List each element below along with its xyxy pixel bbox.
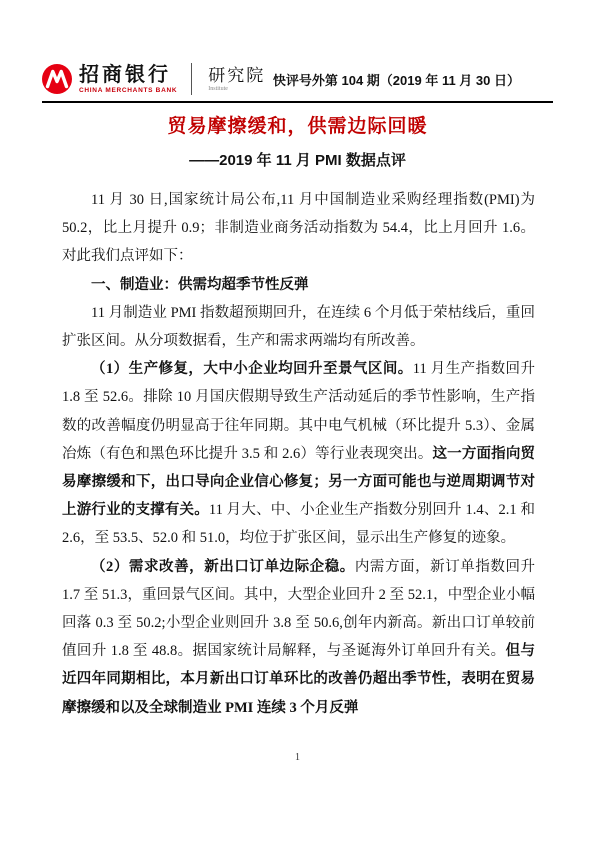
header-rule: [42, 101, 553, 103]
report-body: 11 月 30 日,国家统计局公布,11 月中国制造业采购经理指数(PMI)为 …: [62, 186, 535, 722]
issue-info: 快评号外第 104 期（2019 年 11 月 30 日）: [273, 70, 520, 89]
bank-name-cn: 招商银行: [79, 64, 171, 86]
paragraph-section1-overview-text: 11 月制造业 PMI 指数超预期回升，在连续 6 个月低于荣枯线后，重回扩张区…: [62, 305, 535, 349]
title-block: 贸易摩擦缓和，供需边际回暖 ——2019 年 11 月 PMI 数据点评: [0, 111, 595, 170]
bank-name-block: 招商银行 CHINA MERCHANTS BANK: [79, 64, 177, 94]
cmb-logo-icon: [42, 64, 72, 94]
division-name-cn: 研究院: [208, 66, 265, 86]
paragraph-demand: （2）需求改善，新出口订单边际企稳。内需方面，新订单指数回升 1.7 至 51.…: [62, 553, 535, 722]
paragraph-production-lead-bold: （1）生产修复，大中小企业均回升至景气区间。: [91, 361, 413, 377]
division-block: 研究院 Institute: [208, 66, 265, 92]
paragraph-intro-text: 11 月 30 日,国家统计局公布,11 月中国制造业采购经理指数(PMI)为 …: [62, 192, 535, 264]
paragraph-section1-overview: 11 月制造业 PMI 指数超预期回升，在连续 6 个月低于荣枯线后，重回扩张区…: [62, 299, 535, 355]
section1-heading: 一、制造业：供需均超季节性反弹: [62, 271, 535, 299]
paragraph-intro: 11 月 30 日,国家统计局公布,11 月中国制造业采购经理指数(PMI)为 …: [62, 186, 535, 271]
report-title: 贸易摩擦缓和，供需边际回暖: [0, 111, 595, 138]
cmb-brand: 招商银行 CHINA MERCHANTS BANK 研究院 Institute: [42, 63, 265, 95]
division-name-en: Institute: [208, 86, 265, 92]
report-page: 招商银行 CHINA MERCHANTS BANK 研究院 Institute …: [0, 0, 595, 842]
report-subtitle: ——2019 年 11 月 PMI 数据点评: [0, 149, 595, 170]
paragraph-production: （1）生产修复，大中小企业均回升至景气区间。11 月生产指数回升 1.8 至 5…: [62, 355, 535, 552]
brand-divider: [191, 63, 192, 95]
bank-name-en: CHINA MERCHANTS BANK: [79, 87, 177, 94]
paragraph-demand-lead-bold: （2）需求改善，新出口订单边际企稳。: [91, 559, 355, 575]
report-header: 招商银行 CHINA MERCHANTS BANK 研究院 Institute …: [42, 56, 553, 102]
section1-heading-text: 一、制造业：供需均超季节性反弹: [91, 277, 309, 293]
page-number: 1: [0, 752, 595, 763]
